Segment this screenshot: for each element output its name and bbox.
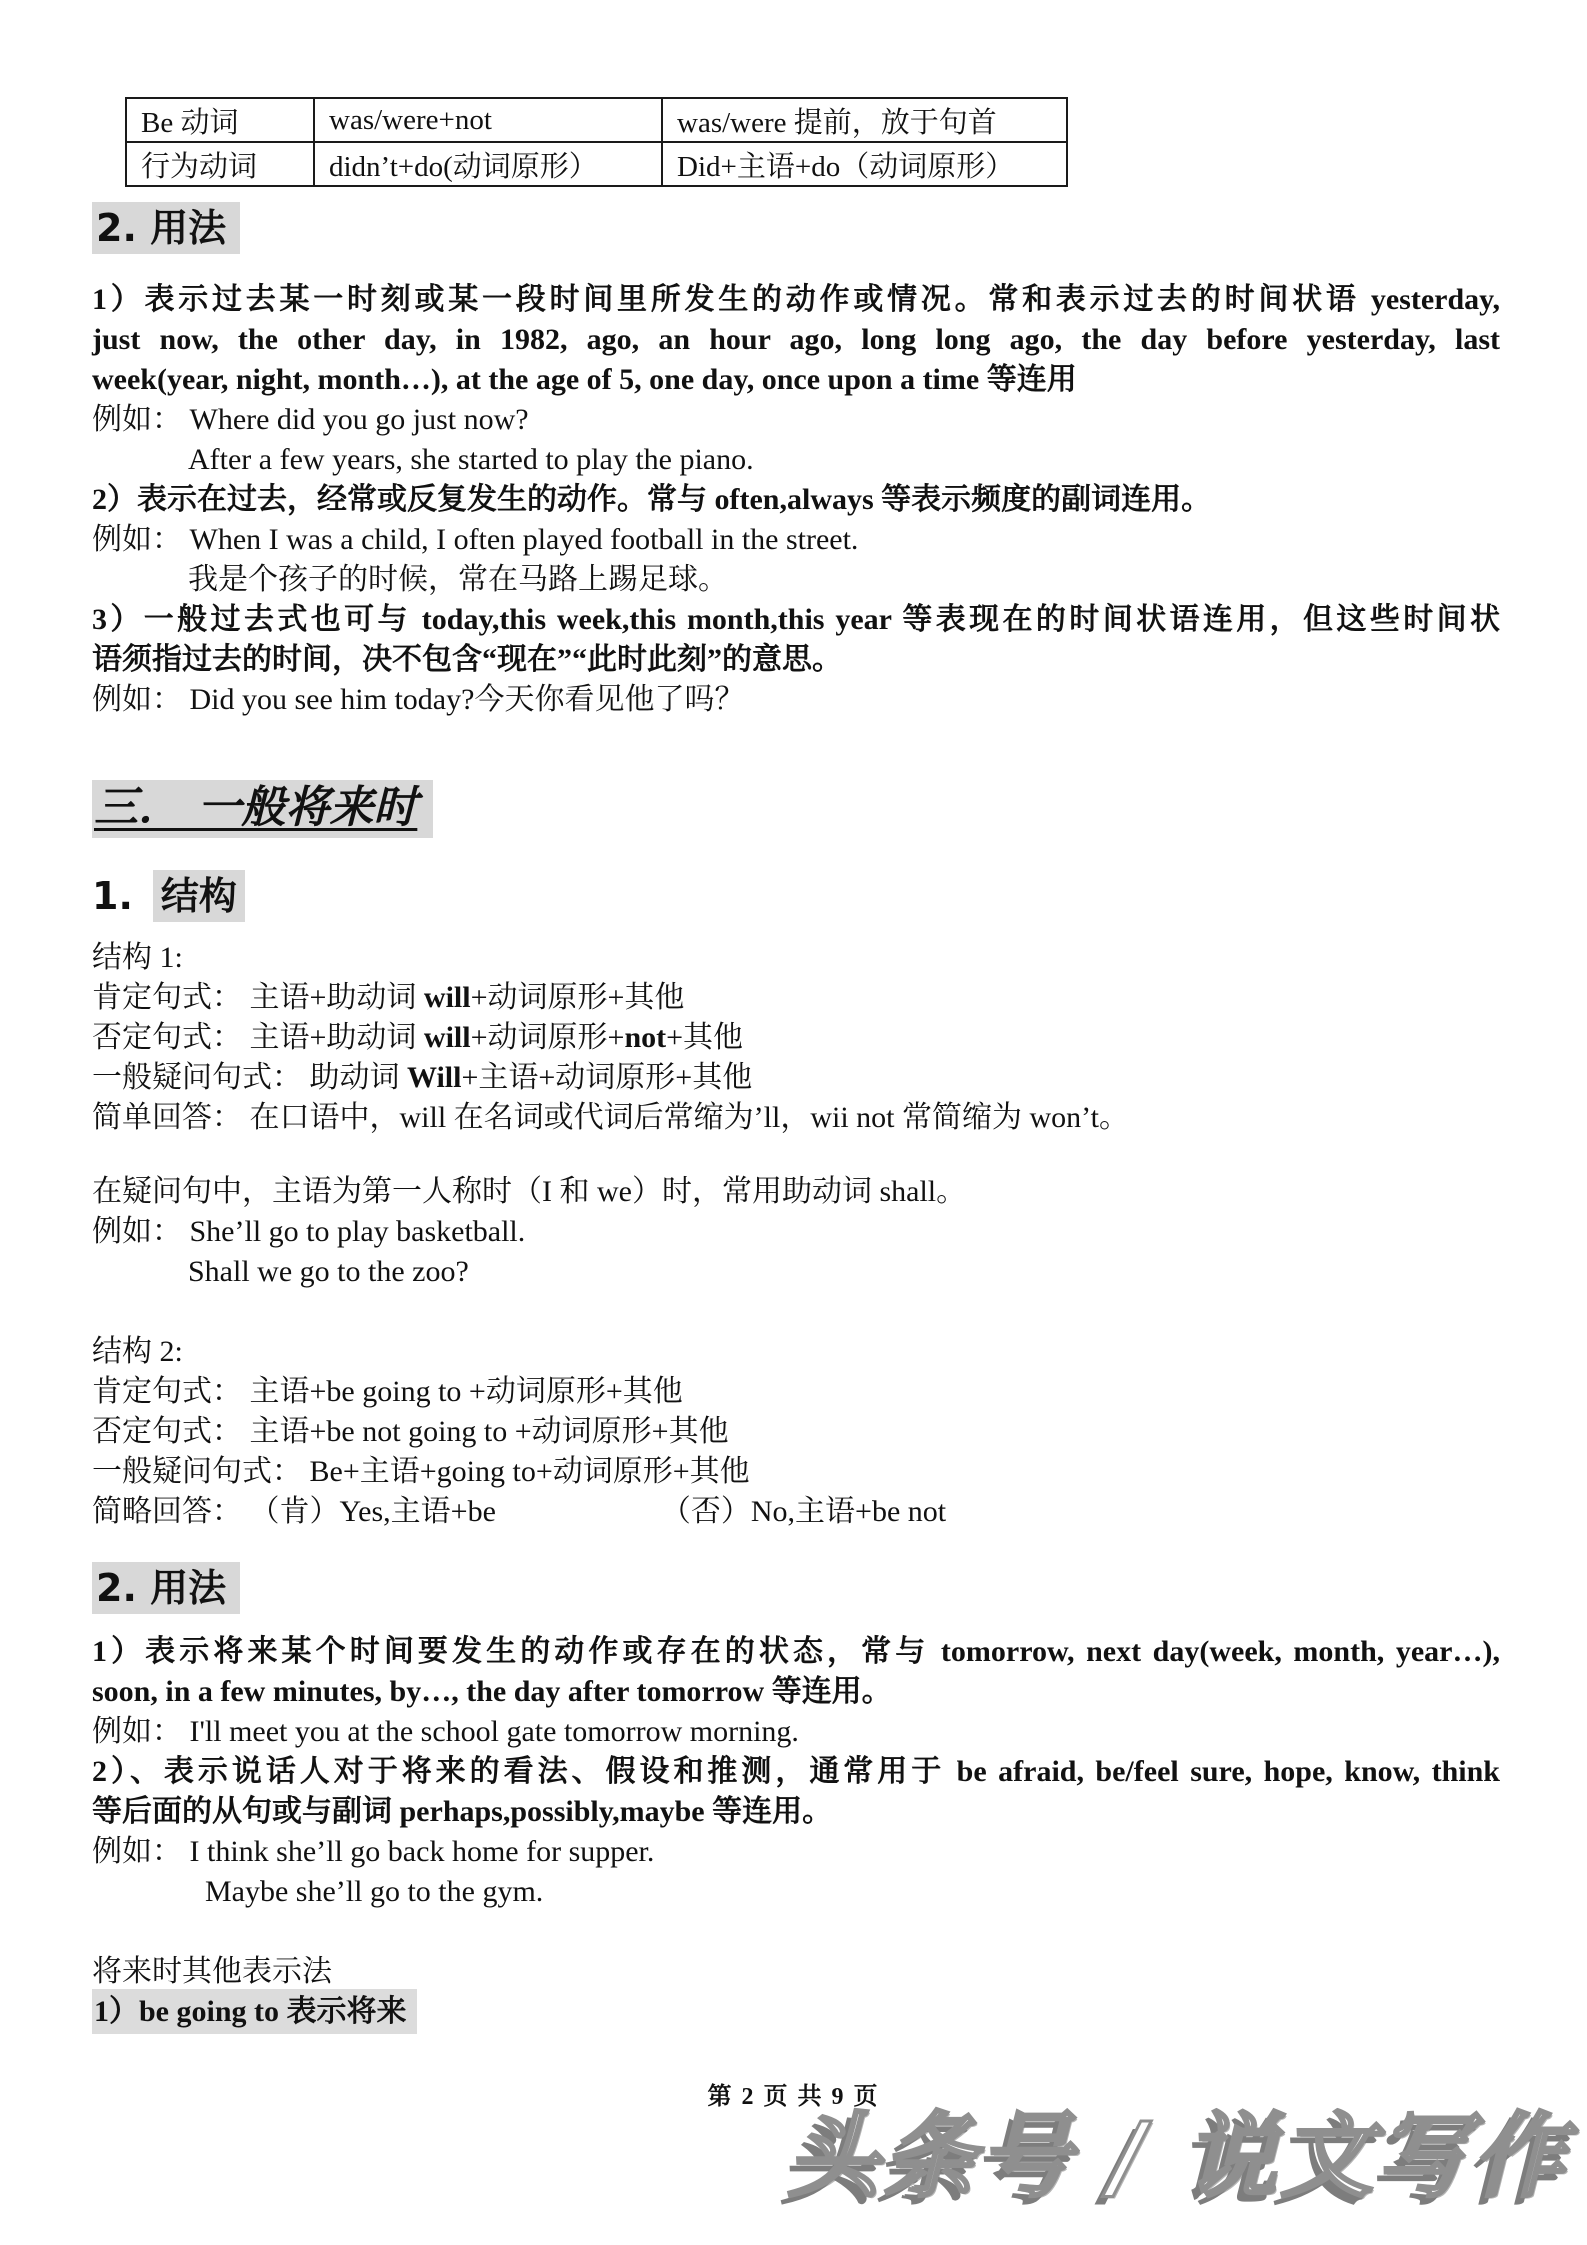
document-line: 简略回答： （肯）Yes,主语+be （否）No,主语+be not [92, 1492, 1500, 1532]
text-run: 3）一般过去式也可与 today,this week,this month,th… [92, 603, 1500, 636]
text-run: 例如： I think she’ll go back home for supp… [92, 1835, 654, 1868]
document-line: After a few years, she started to play t… [188, 440, 1500, 480]
text-run: +主语+动词原形+其他 [461, 1061, 752, 1094]
usage-heading: 2. 用法 [92, 1562, 1500, 1614]
document-line: 结构 1: [92, 938, 1500, 978]
usage-heading: 2. 用法 [92, 202, 1500, 254]
text-run: 1）be going to 表示将来 [92, 1989, 417, 2034]
section-heading-future-tense: 三． 一般将来时 [92, 780, 1500, 838]
structure-heading-label: 结构 [153, 870, 245, 922]
document-line: 肯定句式： 主语+be going to +动词原形+其他 [92, 1372, 1500, 1412]
document-line: 否定句式： 主语+be not going to +动词原形+其他 [92, 1412, 1500, 1452]
document-line: 结构 2: [92, 1332, 1500, 1372]
past-tense-table: Be 动词was/were+notwas/were 提前，放于句首行为动词did… [125, 97, 1068, 187]
document-line: 例如： I'll meet you at the school gate tom… [92, 1712, 1500, 1752]
document-line: 一般疑问句式： Be+主语+going to+动词原形+其他 [92, 1452, 1500, 1492]
content-area: Be 动词was/were+notwas/were 提前，放于句首行为动词did… [0, 97, 1587, 2032]
document-line: 例如： When I was a child, I often played f… [92, 520, 1500, 560]
document-body: 2. 用法1）表示过去某一时刻或某一段时间里所发生的动作或情况。常和表示过去的时… [92, 202, 1500, 2032]
document-line: 简单回答： 在口语中，will 在名词或代词后常缩为’ll，wii not 常简… [92, 1098, 1500, 1138]
text-run: After a few years, she started to play t… [188, 443, 754, 476]
text-run: week(year, night, month…), at the age of… [92, 363, 1077, 396]
document-line: 3）一般过去式也可与 today,this week,this month,th… [92, 600, 1500, 640]
text-run: 1）表示将来某个时间要发生的动作或存在的状态，常与 tomorrow, next… [92, 1635, 1500, 1668]
text-run: 例如： I'll meet you at the school gate tom… [92, 1715, 799, 1748]
text-run: 2）、表示说话人对于将来的看法、假设和推测，通常用于 be afraid, be… [92, 1755, 1500, 1788]
document-line: 2）、表示说话人对于将来的看法、假设和推测，通常用于 be afraid, be… [92, 1752, 1500, 1792]
document-line: 例如： Did you see him today?今天你看见他了吗？ [92, 680, 1500, 720]
table-cell: was/were 提前，放于句首 [662, 98, 1067, 142]
structure-heading: 1.结构 [92, 870, 1500, 922]
document-line: 1）be going to 表示将来 [92, 1992, 1500, 2032]
document-line: 否定句式： 主语+助动词 will+动词原形+not+其他 [92, 1018, 1500, 1058]
text-run: 结构 1: [92, 941, 183, 974]
usage-heading-label: 2. 用法 [92, 1562, 240, 1614]
document-line: 将来时其他表示法 [92, 1952, 1500, 1992]
text-run: 结构 2: [92, 1335, 183, 1368]
document-line: soon, in a few minutes, by…, the day aft… [92, 1672, 1500, 1712]
usage-heading-label: 2. 用法 [92, 202, 240, 254]
text-run: 一般疑问句式： 助动词 [92, 1061, 407, 1094]
text-run: 例如： When I was a child, I often played f… [92, 523, 858, 556]
text-run: Maybe she’ll go to the gym. [205, 1875, 543, 1908]
text-run: 在疑问句中，主语为第一人称时（I 和 we）时，常用助动词 shall。 [92, 1175, 966, 1208]
text-run: soon, in a few minutes, by…, the day aft… [92, 1675, 892, 1708]
document-line: 2）表示在过去，经常或反复发生的动作。常与 often,always 等表示频度… [92, 480, 1500, 520]
structure-heading-number: 1. [92, 874, 133, 918]
past-tense-table-body: Be 动词was/were+notwas/were 提前，放于句首行为动词did… [126, 98, 1067, 186]
document-line: Maybe she’ll go to the gym. [205, 1872, 1500, 1912]
document-line: 例如： She’ll go to play basketball. [92, 1212, 1500, 1252]
text-run: 肯定句式： 主语+be going to +动词原形+其他 [92, 1375, 683, 1408]
document-line: 例如： Where did you go just now? [92, 400, 1500, 440]
section-heading-label: 三． 一般将来时 [92, 780, 433, 838]
table-row: 行为动词didn’t+do(动词原形）Did+主语+do（动词原形） [126, 142, 1067, 186]
text-run: will [424, 1021, 471, 1054]
text-run: will [424, 981, 471, 1014]
table-cell: Be 动词 [126, 98, 314, 142]
document-line: 例如： I think she’ll go back home for supp… [92, 1832, 1500, 1872]
text-run: Shall we go to the zoo? [188, 1255, 469, 1288]
text-run: 我是个孩子的时候，常在马路上踢足球。 [188, 563, 728, 596]
text-run: 2）表示在过去，经常或反复发生的动作。常与 often,always 等表示频度… [92, 483, 1211, 516]
text-run: 例如： Where did you go just now? [92, 403, 529, 436]
text-run: +动词原形+ [471, 1021, 625, 1054]
text-run: 将来时其他表示法 [92, 1955, 332, 1988]
table-cell: was/were+not [314, 98, 662, 142]
table-cell: didn’t+do(动词原形） [314, 142, 662, 186]
document-line: 语须指过去的时间，决不包含“现在”“此时此刻”的意思。 [92, 640, 1500, 680]
text-run: not [624, 1021, 666, 1054]
text-run: 否定句式： 主语+助动词 [92, 1021, 424, 1054]
document-line: 我是个孩子的时候，常在马路上踢足球。 [188, 560, 1500, 600]
document-line: Shall we go to the zoo? [188, 1252, 1500, 1292]
text-run: +动词原形+其他 [471, 981, 685, 1014]
text-run: 简单回答： 在口语中，will 在名词或代词后常缩为’ll，wii not 常简… [92, 1101, 1129, 1134]
document-line: week(year, night, month…), at the age of… [92, 360, 1500, 400]
document-line: just now, the other day, in 1982, ago, a… [92, 320, 1500, 360]
text-run: +其他 [666, 1021, 743, 1054]
text-run: 等后面的从句或与副词 perhaps,possibly,maybe 等连用。 [92, 1795, 832, 1828]
document-line: 肯定句式： 主语+助动词 will+动词原形+其他 [92, 978, 1500, 1018]
text-run: 简略回答： （肯）Yes,主语+be （否）No,主语+be not [92, 1495, 946, 1528]
document-page: Be 动词was/were+notwas/were 提前，放于句首行为动词did… [0, 0, 1587, 2245]
table-cell: 行为动词 [126, 142, 314, 186]
text-run: 否定句式： 主语+be not going to +动词原形+其他 [92, 1415, 729, 1448]
document-line: 一般疑问句式： 助动词 Will+主语+动词原形+其他 [92, 1058, 1500, 1098]
text-run: 语须指过去的时间，决不包含“现在”“此时此刻”的意思。 [92, 643, 842, 676]
document-line: 1）表示将来某个时间要发生的动作或存在的状态，常与 tomorrow, next… [92, 1632, 1500, 1672]
document-line: 1）表示过去某一时刻或某一段时间里所发生的动作或情况。常和表示过去的时间状语 y… [92, 280, 1500, 320]
table-row: Be 动词was/were+notwas/were 提前，放于句首 [126, 98, 1067, 142]
document-line: 在疑问句中，主语为第一人称时（I 和 we）时，常用助动词 shall。 [92, 1172, 1500, 1212]
text-run: 一般疑问句式： Be+主语+going to+动词原形+其他 [92, 1455, 750, 1488]
text-run: 例如： She’ll go to play basketball. [92, 1215, 525, 1248]
text-run: 肯定句式： 主语+助动词 [92, 981, 424, 1014]
text-run: Will [407, 1061, 461, 1094]
text-run: 例如： Did you see him today?今天你看见他了吗？ [92, 683, 744, 716]
text-run: just now, the other day, in 1982, ago, a… [92, 323, 1500, 356]
watermark: 头条号 / 说文写作 [787, 2106, 1569, 2207]
table-cell: Did+主语+do（动词原形） [662, 142, 1067, 186]
document-line: 等后面的从句或与副词 perhaps,possibly,maybe 等连用。 [92, 1792, 1500, 1832]
text-run: 1）表示过去某一时刻或某一段时间里所发生的动作或情况。常和表示过去的时间状语 y… [92, 283, 1500, 316]
